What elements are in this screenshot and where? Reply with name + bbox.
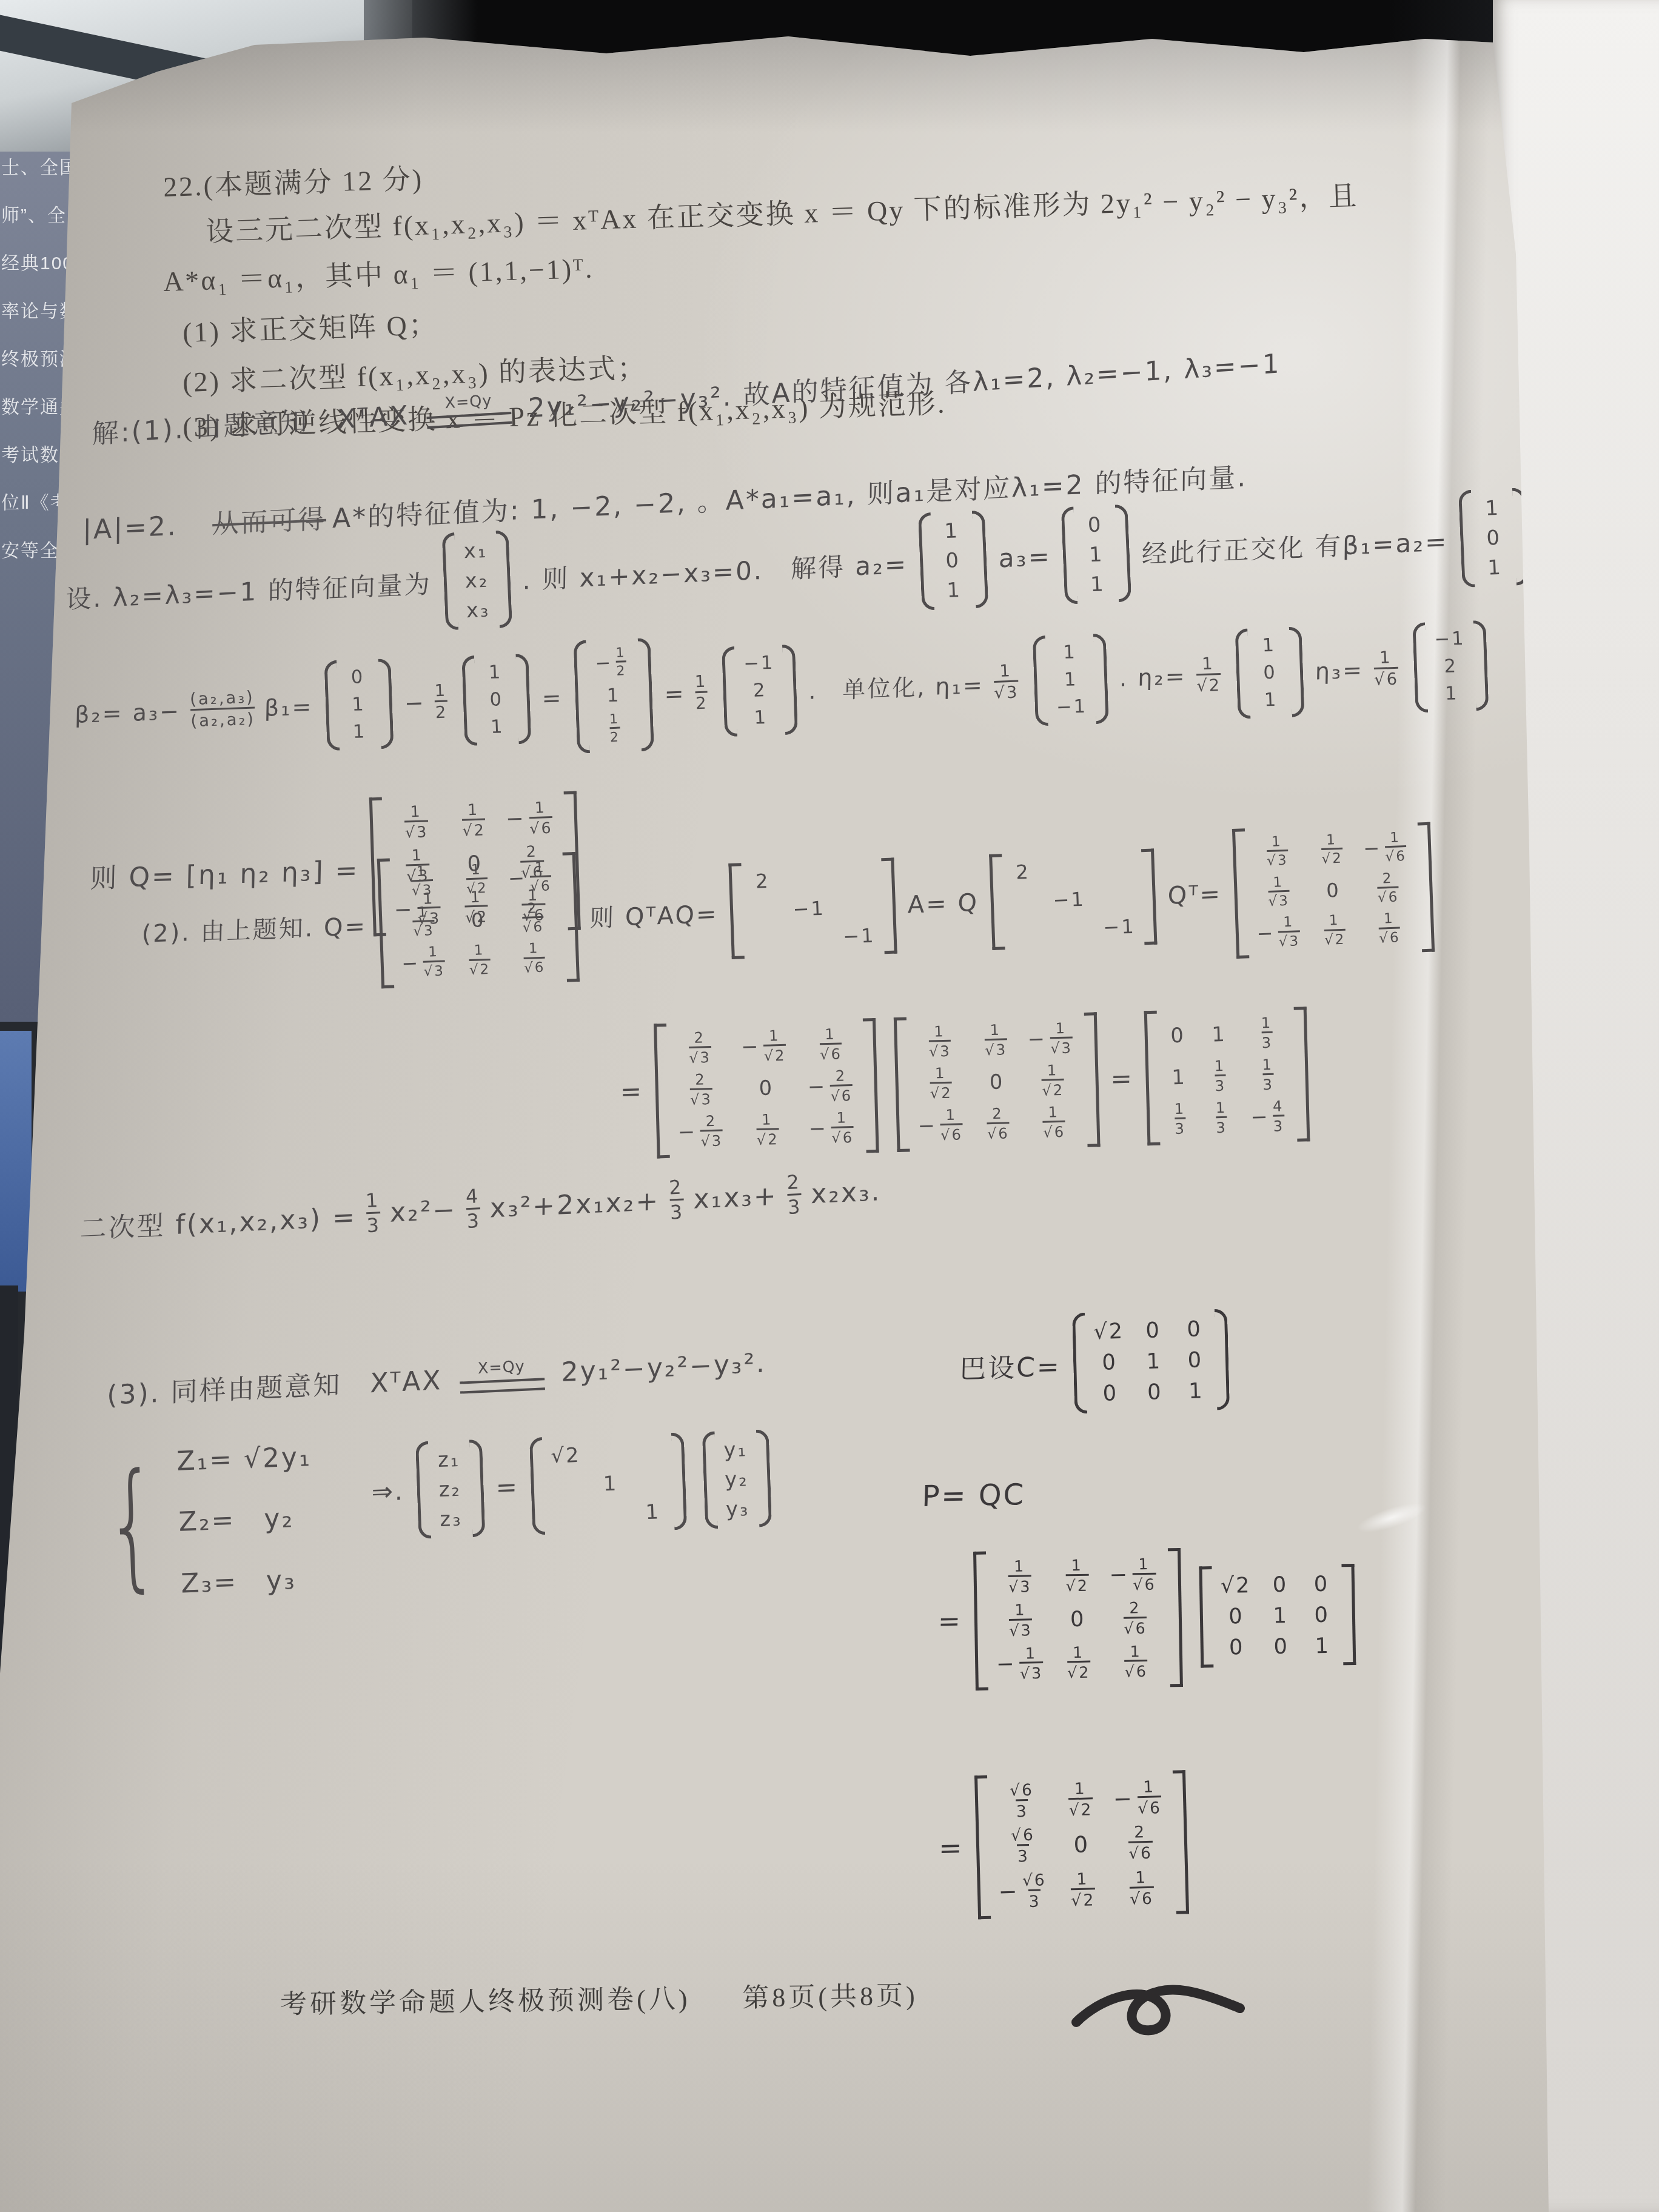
fraction: 1√2 xyxy=(462,862,492,897)
fraction: 1√2 xyxy=(1192,654,1225,695)
matrix: 011 xyxy=(324,659,394,751)
matrix: −12112 xyxy=(573,638,654,754)
fraction: −1√6 xyxy=(917,1107,967,1144)
fraction: 13 xyxy=(1258,1057,1278,1093)
fraction: 1√3 xyxy=(990,662,1023,703)
fraction: 1√3 xyxy=(401,803,432,841)
solution-line-13: P= QC xyxy=(922,1478,1026,1513)
matrix: 0113113131313−43 xyxy=(1144,1007,1310,1145)
matrix: 1√31√3−1√31√201√2−1√62√61√6 xyxy=(894,1012,1100,1151)
fraction: 1√2 xyxy=(464,943,494,978)
fraction: 13 xyxy=(361,1190,384,1237)
fraction: 23 xyxy=(783,1172,806,1219)
fraction: 1√6 xyxy=(1375,911,1404,947)
matrix: y₁y₂y₃ xyxy=(702,1429,772,1529)
fraction: −1√6 xyxy=(1113,1778,1165,1818)
fraction: 1√2 xyxy=(1062,1557,1093,1595)
fraction: 1√3 xyxy=(407,864,437,899)
fraction: 1√2 xyxy=(1063,1644,1094,1682)
fraction: 2√6 xyxy=(1373,871,1403,906)
matrix: 101 xyxy=(1458,488,1529,588)
fraction: 2√6 xyxy=(1124,1823,1156,1863)
matrix: 101 xyxy=(917,510,988,610)
fraction: −12 xyxy=(595,646,631,680)
fraction: 43 xyxy=(461,1186,484,1233)
fraction: 2√6 xyxy=(983,1105,1013,1142)
matrix: 011 xyxy=(1061,504,1132,604)
fraction: 2√6 xyxy=(1120,1600,1151,1638)
matrix: √200010001 xyxy=(1199,1564,1356,1667)
equation-system: {Z₁= √2y₁Z₂= y₂Z₃= y₃ xyxy=(85,1441,317,1604)
fraction: −2√3 xyxy=(677,1113,726,1150)
second-book-edge xyxy=(0,1031,32,1292)
matrix: −121 xyxy=(722,645,798,737)
book-spine-line: 师”、全国 xyxy=(0,192,72,240)
fraction: −1√2 xyxy=(740,1028,789,1065)
solution-line-11: ⇒.z₁z₂z₃=√211y₁y₂y₃ xyxy=(370,1429,778,1541)
fraction: 12 xyxy=(431,682,452,722)
ink-swirl-mark xyxy=(1067,1965,1249,2056)
solution-line-12: 巴设C=√200010001 xyxy=(958,1309,1236,1417)
fraction: 1√6 xyxy=(1125,1868,1158,1908)
fraction: 1√6 xyxy=(1039,1104,1069,1141)
fraction: −√63 xyxy=(998,1871,1051,1911)
fraction: 1√2 xyxy=(1064,1780,1096,1820)
fraction: 1√3 xyxy=(925,1024,955,1060)
fraction: 1√2 xyxy=(926,1065,956,1102)
fraction: −1√3 xyxy=(1027,1020,1076,1057)
matrix: 1√31√2−1√61√302√6−1√31√21√6 xyxy=(973,1548,1183,1691)
matrix: 2−1−1 xyxy=(989,849,1158,950)
problem-heading: 22.(本题满分 12 分) xyxy=(163,157,424,205)
matrix: −121 xyxy=(1413,620,1489,713)
fraction: 1√2 xyxy=(1317,833,1347,868)
matrix: √211 xyxy=(529,1432,687,1535)
fraction: −1√6 xyxy=(1109,1556,1160,1594)
page-footer: 考研数学命题人终极预测卷(八) 第8页(共8页) xyxy=(280,1974,918,2022)
solution-line-15: =√631√2−1√6√6302√6−√631√21√6 xyxy=(937,1770,1195,1920)
matrix: 11−1 xyxy=(1033,634,1109,726)
fraction: 1√3 xyxy=(1004,1558,1035,1596)
fraction: −2√6 xyxy=(807,1068,856,1105)
fraction: 1√3 xyxy=(1264,874,1293,910)
fraction: 1√2 xyxy=(1037,1062,1068,1099)
matrix: 101 xyxy=(1235,626,1305,719)
book-spine-line: 数学通关 xyxy=(0,383,72,431)
fraction: 1√6 xyxy=(1369,648,1403,689)
book-spine-line: 经典1000 xyxy=(0,240,72,287)
fraction: 1√6 xyxy=(1121,1643,1151,1681)
fraction: −1√3 xyxy=(401,945,449,980)
fraction: 1√3 xyxy=(1262,834,1292,870)
fraction: 1√2 xyxy=(458,801,489,839)
fraction: 1√3 xyxy=(409,905,438,940)
fraction: −1√6 xyxy=(808,1110,857,1147)
over-equals: X=Qy xyxy=(426,390,512,428)
fraction: 1√2 xyxy=(752,1111,783,1148)
over-equals: X=Qy xyxy=(458,1356,545,1393)
fraction: −43 xyxy=(1250,1099,1289,1136)
footer-page-number: 第8页(共8页) xyxy=(742,1981,918,2013)
matrix: √200010001 xyxy=(1072,1309,1230,1414)
fraction: 13 xyxy=(1258,1015,1277,1051)
fraction: 2√3 xyxy=(686,1071,716,1108)
problem-item1: (1) 求正交矩阵 Q； xyxy=(182,303,439,350)
fraction: 1√3 xyxy=(1005,1601,1036,1640)
solution-line-7: =2√3−1√21√62√30−2√6−2√31√2−1√61√31√3−1√3… xyxy=(618,1007,1316,1159)
fraction: 1√6 xyxy=(816,1026,846,1062)
fraction: 12 xyxy=(606,712,625,746)
solution-line-8: 二次型 f(x₁,x₂,x₃) =13x₂²−43x₃²+2x₁x₂+23x₁x… xyxy=(79,1168,883,1249)
fraction: 2√6 xyxy=(518,900,548,936)
matrix: z₁z₂z₃ xyxy=(415,1439,486,1540)
matrix: 1√31√2−1√61√302√6−1√31√21√6 xyxy=(377,852,580,988)
fraction: 23 xyxy=(665,1177,688,1224)
book-spine-line: 率论与数理 xyxy=(0,287,72,335)
fraction: −1√6 xyxy=(505,799,557,838)
fraction: √63 xyxy=(1006,1781,1038,1822)
fraction: 2√3 xyxy=(685,1030,715,1066)
fraction: 13 xyxy=(1170,1101,1190,1138)
fraction: 1√2 xyxy=(1320,913,1350,948)
fraction: 1√3 xyxy=(980,1022,1011,1058)
footer-title: 考研数学命题人终极预测卷(八) xyxy=(280,1984,691,2019)
fraction: −1√6 xyxy=(1362,830,1410,866)
fraction: −1√3 xyxy=(1256,914,1304,950)
fraction: 13 xyxy=(1211,1058,1230,1094)
matrix: 2−1−1 xyxy=(729,858,897,959)
matrix: 2√3−1√21√62√30−2√6−2√31√2−1√6 xyxy=(654,1018,879,1158)
fraction: (a₂,a₃)(a₂,a₂) xyxy=(186,688,260,731)
solution-line-14: =1√31√2−1√61√302√6−1√31√21√6√200010001 xyxy=(937,1545,1362,1691)
fraction: −1√3 xyxy=(996,1644,1047,1683)
fraction: 1√6 xyxy=(520,941,549,976)
solution-line-9: (3). 同样由题意知 XᵀAXX=Qy2y₁²−y₂²−y₃². xyxy=(106,1344,767,1412)
problem-line2: A*α₁ ＝α₁，其中 α₁ ＝ (1,1,−1)ᵀ. xyxy=(163,246,594,300)
matrix: 1√31√2−1√61√302√6−1√31√21√6 xyxy=(1232,822,1435,959)
matrix: 101 xyxy=(461,654,531,746)
fraction: 13 xyxy=(1212,1100,1231,1136)
paper-crease xyxy=(1367,0,1492,2212)
fraction: −1√6 xyxy=(508,860,555,896)
photo-of-exam-page: 士、全国著师”、全国经典1000率论与数理终极预测8数学通关考试数位Ⅱ《考安等全… xyxy=(0,0,1659,2212)
fraction: 12 xyxy=(691,672,712,713)
fraction: 1√2 xyxy=(1067,1870,1099,1910)
matrix: √631√2−1√6√6302√6−√631√21√6 xyxy=(974,1770,1190,1919)
exam-paper: 22.(本题满分 12 分) 设三元二次型 f(x₁,x₂,x₃) ＝ xᵀAx… xyxy=(0,0,1659,2212)
book-spine-line: 终极预测8 xyxy=(0,335,72,383)
matrix: x₁x₂x₃ xyxy=(441,530,512,630)
solution-line-10: {Z₁= √2y₁Z₂= y₂Z₃= y₃ xyxy=(85,1441,317,1604)
fraction: √63 xyxy=(1007,1826,1039,1866)
